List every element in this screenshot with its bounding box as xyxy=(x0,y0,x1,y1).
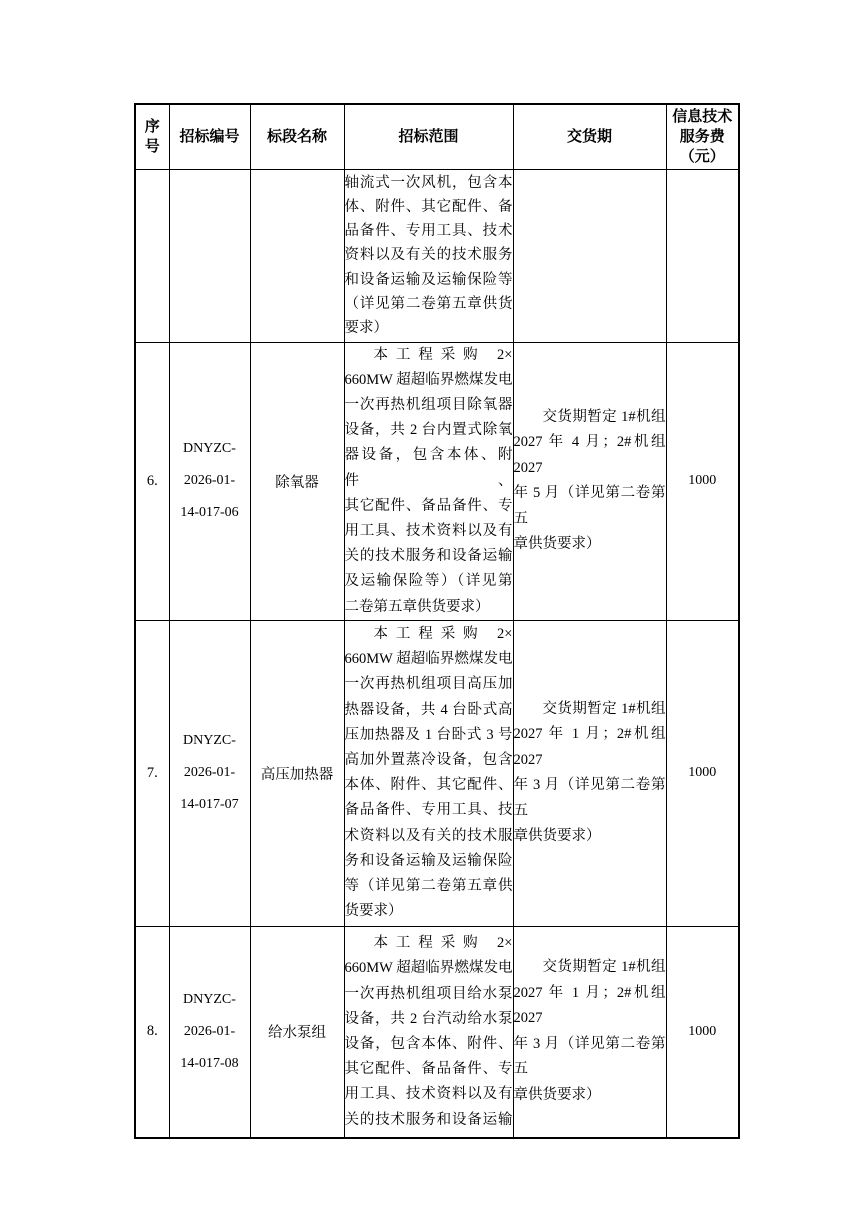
section-name-cell: 给水泵组 xyxy=(250,926,344,1138)
tender-no-cell: DNYZC-2026-01-14-017-08 xyxy=(169,926,250,1138)
scope-line: 高加外置蒸冷设备，包含 xyxy=(345,748,513,773)
scope-line: 用工具、技术资料以及有 xyxy=(345,1082,513,1107)
scope-line: 压加热器及 1 台卧式 3 号 xyxy=(345,723,513,748)
tender-no-line: 2026-01- xyxy=(170,757,250,789)
scope-line: 本体、附件、其它配件、 xyxy=(345,773,513,798)
header-cell-scope: 招标范围 xyxy=(344,104,513,169)
scope-cell: 本工程采购 2×660MW 超超临界燃煤发电一次再热机组项目高压加热器设备，共 … xyxy=(344,620,513,926)
tender-no-line: 14-017-08 xyxy=(170,1048,250,1080)
tender-no-line: 2026-01- xyxy=(170,1016,250,1048)
scope-line: 一次再热机组项目给水泵 xyxy=(345,982,513,1007)
delivery-line: 年 3 月（详见第二卷第五 xyxy=(514,1032,666,1083)
scope-line: 及运输保险等）（详见第 xyxy=(345,569,513,594)
scope-line: （详见第二卷第五章供货 xyxy=(345,292,513,316)
scope-line: 本工程采购 2× xyxy=(345,343,513,368)
fee-cell: 1000 xyxy=(666,926,739,1138)
scope-line: 品备件、专用工具、技术 xyxy=(345,219,513,243)
scope-line: 关的技术服务和设备运输 xyxy=(345,544,513,569)
scope-line: 本工程采购 2× xyxy=(345,931,513,956)
scope-line: 660MW 超超临界燃煤发电 xyxy=(345,647,513,672)
scope-line: 设备，包含本体、附件、 xyxy=(345,1032,513,1057)
tender-no-cell: DNYZC-2026-01-14-017-07 xyxy=(169,620,250,926)
scope-line: 660MW 超超临界燃煤发电 xyxy=(345,368,513,393)
delivery-line: 章供货要求） xyxy=(514,824,666,850)
header-cell-fee: 信息技术 服务费 （元） xyxy=(666,104,739,169)
scope-line: 设备，共 2 台内置式除氧 xyxy=(345,418,513,443)
scope-line: 货要求） xyxy=(345,899,513,924)
fee-cell: 1000 xyxy=(666,342,739,620)
table-row: 7.DNYZC-2026-01-14-017-07高压加热器本工程采购 2×66… xyxy=(135,620,739,926)
header-cell-serial: 序 号 xyxy=(135,104,169,169)
scope-line: 备品备件、专用工具、技 xyxy=(345,798,513,823)
header-cell-tender-no: 招标编号 xyxy=(169,104,250,169)
scope-line: 务和设备运输及运输保险 xyxy=(345,849,513,874)
delivery-line: 年 5 月（详见第二卷第五 xyxy=(514,481,666,532)
scope-cell: 轴流式一次风机，包含本体、附件、其它配件、备品备件、专用工具、技术资料以及有关的… xyxy=(344,169,513,342)
scope-line: 术资料以及有关的技术服 xyxy=(345,824,513,849)
serial-cell xyxy=(135,169,169,342)
tender-no-line: DNYZC- xyxy=(170,984,250,1016)
delivery-line: 交货期暂定 1#机组 xyxy=(514,697,666,723)
delivery-line: 年 3 月（详见第二卷第五 xyxy=(514,773,666,824)
fee-cell xyxy=(666,169,739,342)
table-row: 轴流式一次风机，包含本体、附件、其它配件、备品备件、专用工具、技术资料以及有关的… xyxy=(135,169,739,342)
tender-no-cell xyxy=(169,169,250,342)
scope-line: 本工程采购 2× xyxy=(345,622,513,647)
delivery-line: 2027 年 1 月；2#机组 2027 xyxy=(514,981,666,1032)
delivery-cell: 交货期暂定 1#机组2027 年 1 月；2#机组 2027年 3 月（详见第二… xyxy=(513,620,666,926)
delivery-line: 章供货要求） xyxy=(514,1083,666,1109)
header-cell-delivery: 交货期 xyxy=(513,104,666,169)
scope-line: 轴流式一次风机，包含本 xyxy=(345,171,513,195)
scope-line: 一次再热机组项目除氧器 xyxy=(345,393,513,418)
scope-line: 其它配件、备品备件、专 xyxy=(345,494,513,519)
section-name-cell: 高压加热器 xyxy=(250,620,344,926)
scope-line: 和设备运输及运输保险等 xyxy=(345,268,513,292)
scope-line: 关的技术服务和设备运输 xyxy=(345,1108,513,1133)
delivery-cell: 交货期暂定 1#机组2027 年 1 月；2#机组 2027年 3 月（详见第二… xyxy=(513,926,666,1138)
scope-line: 其它配件、备品备件、专 xyxy=(345,1057,513,1082)
scope-line: 设备，共 2 台汽动给水泵 xyxy=(345,1007,513,1032)
scope-line: 一次再热机组项目高压加 xyxy=(345,672,513,697)
table-row: 8.DNYZC-2026-01-14-017-08给水泵组本工程采购 2×660… xyxy=(135,926,739,1138)
table-row: 6.DNYZC-2026-01-14-017-06除氧器本工程采购 2×660M… xyxy=(135,342,739,620)
scope-line: 器设备，包含本体、附件、 xyxy=(345,443,513,493)
delivery-cell: 交货期暂定 1#机组2027 年 4 月；2#机组 2027年 5 月（详见第二… xyxy=(513,342,666,620)
delivery-cell xyxy=(513,169,666,342)
scope-line: 要求） xyxy=(345,316,513,340)
delivery-line: 交货期暂定 1#机组 xyxy=(514,955,666,981)
scope-line: 660MW 超超临界燃煤发电 xyxy=(345,956,513,981)
section-name-cell: 除氧器 xyxy=(250,342,344,620)
tender-no-line: 2026-01- xyxy=(170,465,250,497)
scope-cell: 本工程采购 2×660MW 超超临界燃煤发电一次再热机组项目除氧器设备，共 2 … xyxy=(344,342,513,620)
serial-cell: 8. xyxy=(135,926,169,1138)
header-cell-section-name: 标段名称 xyxy=(250,104,344,169)
scope-line: 资料以及有关的技术服务 xyxy=(345,243,513,267)
scope-line: 等（详见第二卷第五章供 xyxy=(345,874,513,899)
scope-cell: 本工程采购 2×660MW 超超临界燃煤发电一次再热机组项目给水泵设备，共 2 … xyxy=(344,926,513,1138)
serial-cell: 6. xyxy=(135,342,169,620)
section-name-cell xyxy=(250,169,344,342)
fee-cell: 1000 xyxy=(666,620,739,926)
delivery-line: 章供货要求） xyxy=(514,532,666,558)
document-page: { "table": { "headers": [ "序\n号", "招标编号"… xyxy=(0,0,868,1227)
scope-line: 体、附件、其它配件、备 xyxy=(345,195,513,219)
tender-no-line: DNYZC- xyxy=(170,725,250,757)
scope-line: 热器设备，共 4 台卧式高 xyxy=(345,698,513,723)
tender-no-line: 14-017-06 xyxy=(170,497,250,529)
tender-no-cell: DNYZC-2026-01-14-017-06 xyxy=(169,342,250,620)
tender-sections-table: 序 号 招标编号 标段名称 招标范围 交货期 信息技术 服务费 （元） 轴流式一… xyxy=(134,103,740,1139)
table-header-row: 序 号 招标编号 标段名称 招标范围 交货期 信息技术 服务费 （元） xyxy=(135,104,739,169)
delivery-line: 2027 年 4 月；2#机组 2027 xyxy=(514,430,666,481)
serial-cell: 7. xyxy=(135,620,169,926)
scope-line: 二卷第五章供货要求） xyxy=(345,595,513,620)
tender-no-line: 14-017-07 xyxy=(170,789,250,821)
delivery-line: 2027 年 1 月；2#机组 2027 xyxy=(514,722,666,773)
tender-no-line: DNYZC- xyxy=(170,433,250,465)
delivery-line: 交货期暂定 1#机组 xyxy=(514,405,666,431)
scope-line: 用工具、技术资料以及有 xyxy=(345,519,513,544)
